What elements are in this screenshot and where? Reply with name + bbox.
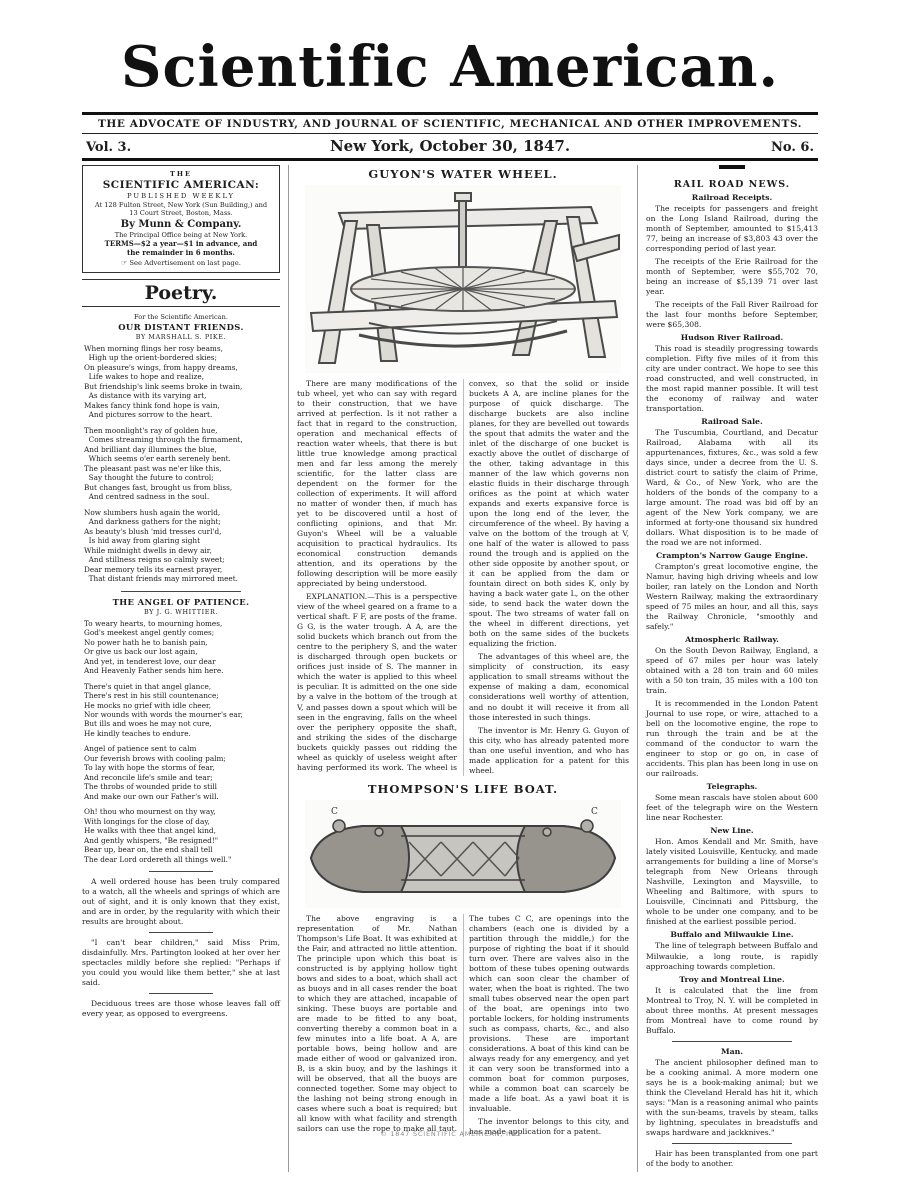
section-heading: Railroad Receipts.	[646, 193, 818, 202]
divider	[121, 591, 241, 592]
water-wheel-engraving	[305, 185, 621, 373]
ornament-bar	[719, 165, 745, 169]
publisher-address2: 13 Court Street, Boston, Mass.	[86, 209, 276, 217]
poem-stanza: Oh! thou who mournest on thy way, With l…	[84, 807, 280, 864]
section-new-line: New Line. Hon. Amos Kendall and Mr. Smit…	[646, 826, 818, 927]
publisher-address1: At 128 Fulton Street, New York (Sun Buil…	[86, 201, 276, 209]
poem-stanza: Then moonlight's ray of golden hue, Come…	[84, 426, 280, 502]
section-crampton-engine: Crampton's Narrow Gauge Engine. Crampton…	[646, 551, 818, 632]
publisher-the: THE	[86, 170, 276, 178]
news-paragraph: Hair has been transplanted from one part…	[646, 1149, 818, 1169]
thompson-article-title: THOMPSON'S LIFE BOAT.	[297, 782, 629, 796]
dateline: Vol. 3. New York, October 30, 1847. No. …	[82, 134, 818, 158]
middle-column: GUYON'S WATER WHEEL.	[289, 165, 638, 1172]
news-paragraph: Crampton's great locomotive engine, the …	[646, 562, 818, 632]
news-paragraph: The receipts of the Fall River Railroad …	[646, 300, 818, 330]
divider	[149, 871, 213, 872]
newspaper-page: Scientific American. THE ADVOCATE OF IND…	[0, 0, 900, 1182]
section-heading: Railroad Sale.	[646, 417, 818, 426]
section-railroad-receipts: Railroad Receipts. The receipts for pass…	[646, 193, 818, 330]
news-paragraph: The Tuscumbia, Courtland, and Decatur Ra…	[646, 428, 818, 548]
publisher-by: By Munn & Company.	[86, 219, 276, 230]
article-paragraph: The advantages of this wheel are, the si…	[469, 652, 629, 722]
section-hair-note: Hair has been transplanted from one part…	[646, 1149, 818, 1169]
news-paragraph: On the South Devon Railway, England, a s…	[646, 646, 818, 696]
poem-stanza: When morning flings her rosy beams, High…	[84, 344, 280, 420]
article-paragraph: The inventor is Mr. Henry G. Guyon of th…	[469, 726, 629, 776]
life-boat-engraving: C C	[305, 800, 621, 908]
section-man: Man. The ancient philosopher defined man…	[646, 1047, 818, 1138]
poem-title: OUR DISTANT FRIENDS.	[82, 322, 280, 332]
publisher-terms1: TERMS—$2 a year—$1 in advance, and	[86, 239, 276, 248]
poem-byline: BY MARSHALL S. PIKE.	[82, 333, 280, 341]
poem-stanza: Now slumbers hush again the world, And d…	[84, 508, 280, 584]
poem-byline: BY J. G. WHITTIER.	[82, 608, 280, 616]
right-column: RAIL ROAD NEWS. Railroad Receipts. The r…	[638, 165, 818, 1172]
section-heading: Hudson River Railroad.	[646, 333, 818, 342]
boat-label-right: C	[591, 807, 598, 817]
news-paragraph: Hon. Amos Kendall and Mr. Smith, have la…	[646, 837, 818, 927]
news-paragraph: The receipts for passengers and freight …	[646, 204, 818, 254]
poem-angel-of-patience: THE ANGEL OF PATIENCE. BY J. G. WHITTIER…	[82, 597, 280, 865]
section-heading: Crampton's Narrow Gauge Engine.	[646, 551, 818, 560]
poetry-header-label: Poetry.	[145, 282, 218, 304]
columns: THE SCIENTIFIC AMERICAN: PUBLISHED WEEKL…	[82, 165, 818, 1172]
publisher-office: The Principal Office being at New York.	[86, 231, 276, 239]
news-paragraph: The ancient philosopher defined man to b…	[646, 1058, 818, 1138]
poem-source-line: For the Scientific American.	[82, 313, 280, 321]
section-atmospheric-railway: Atmospheric Railway. On the South Devon …	[646, 635, 818, 779]
filler-paragraph: A well ordered house has been truly comp…	[82, 877, 280, 927]
news-paragraph: The receipts of the Erie Railroad for th…	[646, 257, 818, 297]
issue-number-label: No. 6.	[694, 140, 814, 155]
poem-our-distant-friends: For the Scientific American. OUR DISTANT…	[82, 313, 280, 584]
masthead-motto: THE ADVOCATE OF INDUSTRY, AND JOURNAL OF…	[82, 115, 818, 133]
article-paragraph: The above engraving is a representation …	[297, 914, 629, 1137]
publisher-terms2: the remainder in 6 months.	[86, 248, 276, 257]
section-heading: Telegraphs.	[646, 782, 818, 791]
poetry-section-header: Poetry.	[82, 279, 280, 307]
poem-stanza: There's quiet in that angel glance, Ther…	[84, 682, 280, 739]
poem-stanza: To weary hearts, to mourning homes, God'…	[84, 619, 280, 676]
volume-label: Vol. 3.	[86, 140, 206, 155]
divider	[149, 993, 213, 994]
boat-label-left: C	[331, 807, 338, 817]
section-heading: Buffalo and Milwaukie Line.	[646, 930, 818, 939]
news-paragraph: It is calculated that the line from Mont…	[646, 986, 818, 1036]
masthead-title: Scientific American.	[82, 26, 818, 110]
railroad-news-header: RAIL ROAD NEWS.	[646, 179, 818, 190]
filler-paragraph: "I can't bear children," said Miss Prim,…	[82, 938, 280, 988]
divider	[672, 1041, 792, 1042]
section-buffalo-milwaukie-line: Buffalo and Milwaukie Line. The line of …	[646, 930, 818, 971]
section-heading: Troy and Montreal Line.	[646, 975, 818, 984]
section-railroad-sale: Railroad Sale. The Tuscumbia, Courtland,…	[646, 417, 818, 548]
publisher-weekly: PUBLISHED WEEKLY	[86, 192, 276, 200]
guyon-article-body: There are many modifications of the tub …	[297, 379, 629, 776]
section-heading: Atmospheric Railway.	[646, 635, 818, 644]
publisher-title: SCIENTIFIC AMERICAN:	[86, 179, 276, 191]
copyright-footer: © 1847 SCIENTIFIC AMERICAN, INC	[0, 1130, 900, 1138]
article-paragraph: There are many modifications of the tub …	[297, 379, 457, 589]
left-column: THE SCIENTIFIC AMERICAN: PUBLISHED WEEKL…	[82, 165, 289, 1172]
filler-paragraph: Deciduous trees are those whose leaves f…	[82, 999, 280, 1019]
section-heading: New Line.	[646, 826, 818, 835]
place-date-label: New York, October 30, 1847.	[206, 137, 694, 155]
section-heading: Man.	[646, 1047, 818, 1056]
thompson-article-body: The above engraving is a representation …	[297, 914, 629, 1137]
news-paragraph: Some mean rascals have stolen about 600 …	[646, 793, 818, 823]
news-paragraph: The line of telegraph between Buffalo an…	[646, 941, 818, 971]
poem-stanza: Angel of patience sent to calm Our fever…	[84, 744, 280, 801]
section-troy-montreal-line: Troy and Montreal Line. It is calculated…	[646, 975, 818, 1036]
news-paragraph: It is recommended in the London Patent J…	[646, 699, 818, 779]
divider	[149, 932, 213, 933]
section-telegraphs: Telegraphs. Some mean rascals have stole…	[646, 782, 818, 823]
publisher-see-advertisement: ☞ See Advertisement on last page.	[86, 259, 276, 267]
dateline-rule	[82, 158, 818, 161]
news-paragraph: This road is steadily progressing toward…	[646, 344, 818, 414]
poem-title: THE ANGEL OF PATIENCE.	[82, 597, 280, 607]
guyon-article-title: GUYON'S WATER WHEEL.	[297, 167, 629, 181]
divider	[672, 1143, 792, 1144]
section-hudson-river-railroad: Hudson River Railroad. This road is stea…	[646, 333, 818, 414]
publisher-box: THE SCIENTIFIC AMERICAN: PUBLISHED WEEKL…	[82, 165, 280, 273]
